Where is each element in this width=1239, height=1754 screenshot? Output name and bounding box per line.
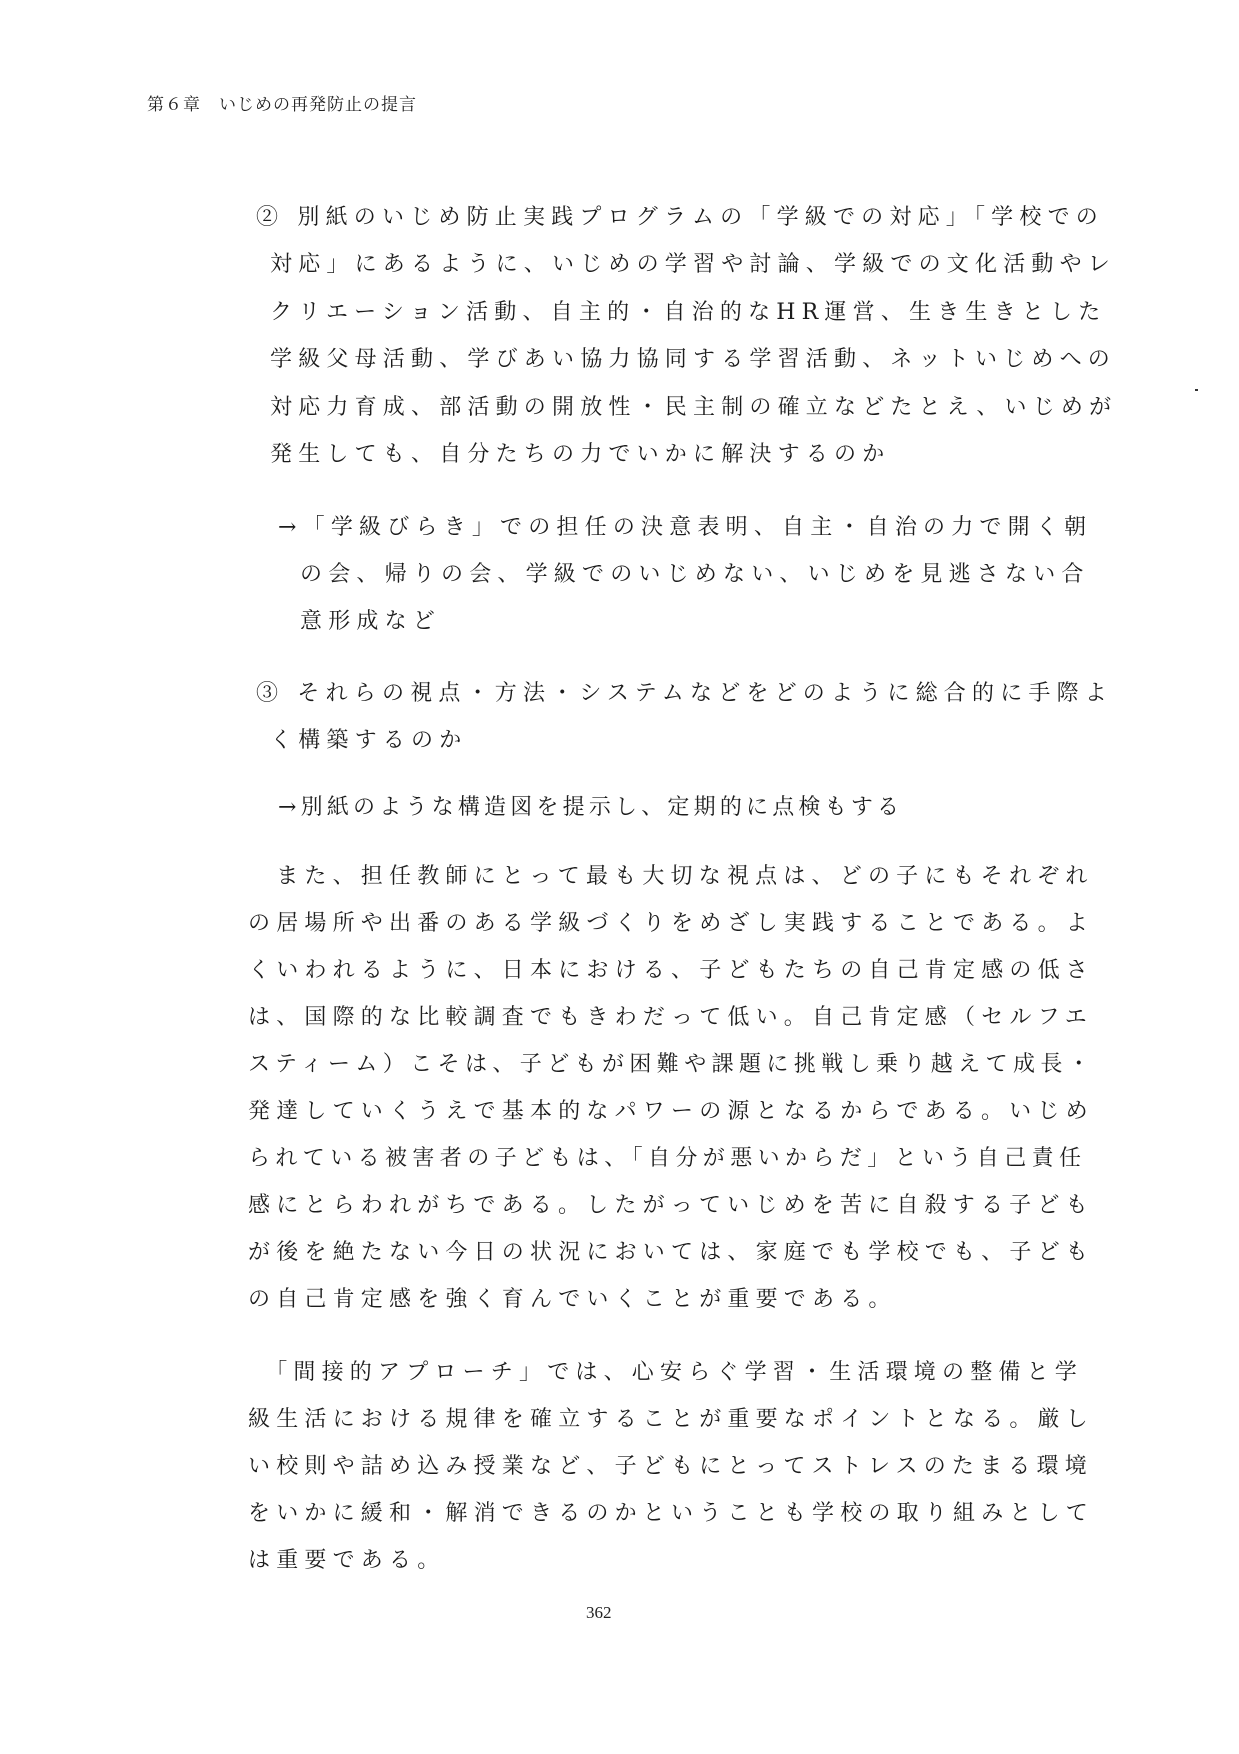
arrow-note-line: →別紙のような構造図を提示し、定期的に点検もする (278, 793, 903, 823)
paragraph-line: は、国際的な比較調査でもきわだって低い。自己肯定感（セルフエ (248, 1003, 1093, 1033)
paragraph-line: 感にとらわれがちである。したがっていじめを苦に自殺する子ども (248, 1191, 1094, 1221)
scan-artifact-dot (297, 1464, 298, 1465)
paragraph-line: また、担任教師にとって最も大切な視点は、どの子にもそれぞれ (248, 862, 1094, 892)
paragraph-line: 級生活における規律を確立することが重要なポイントとなる。厳し (248, 1405, 1094, 1435)
arrow-note-line: 意形成など (300, 607, 441, 637)
item-line: クリエーション活動、自主的・自治的なHR運営、生き生きとした (270, 298, 1106, 328)
scan-artifact-mark (1195, 389, 1198, 391)
paragraph-line: られている被害者の子どもは、「自分が悪いからだ」という自己責任 (248, 1144, 1086, 1174)
item-line: 対応力育成、部活動の開放性・民主制の確立などたとえ、いじめが (270, 393, 1117, 423)
document-page: 第６章 いじめの再発防止の提言 ② 別紙のいじめ防止実践プログラムの「学級での対… (0, 0, 1239, 1754)
paragraph-line: は重要である。 (248, 1546, 445, 1576)
paragraph-line: の自己肯定感を強く育んでいくことが重要である。 (248, 1285, 897, 1315)
paragraph-line: が後を絶たない今日の状況においては、家庭でも学校でも、子ども (248, 1238, 1094, 1268)
paragraph-line: くいわれるように、日本における、子どもたちの自己肯定感の低さ (248, 956, 1094, 986)
item-line: ③ それらの視点・方法・システムなどをどのように総合的に手際よ (256, 679, 1113, 709)
paragraph-line: 発達していくうえで基本的なパワーの源となるからである。いじめ (248, 1097, 1094, 1127)
page-number: 362 (586, 1603, 612, 1623)
arrow-note-line: →「学級びらき」での担任の決意表明、自主・自治の力で開く朝 (278, 513, 1092, 543)
item-line: ② 別紙のいじめ防止実践プログラムの「学級での対応」「学校での (256, 203, 1104, 233)
item-line: 発生しても、自分たちの力でいかに解決するのか (270, 440, 890, 470)
paragraph-line: をいかに緩和・解消できるのかということも学校の取り組みとして (248, 1499, 1094, 1529)
chapter-running-header: 第６章 いじめの再発防止の提言 (147, 90, 417, 115)
paragraph-line: の居場所や出番のある学級づくりをめざし実践することである。よ (248, 909, 1094, 939)
item-line: 学級父母活動、学びあい協力協同する学習活動、ネットいじめへの (270, 345, 1116, 375)
arrow-note-line: の会、帰りの会、学級でのいじめない、いじめを見逃さない合 (300, 560, 1090, 590)
paragraph-line: 「間接的アプローチ」では、心安らぐ学習・生活環境の整備と学 (248, 1358, 1083, 1388)
paragraph-line: スティーム）こそは、子どもが困難や課題に挑戦し乗り越えて成長・ (248, 1050, 1095, 1080)
paragraph-line: い校則や詰め込み授業など、子どもにとってストレスのたまる環境 (248, 1452, 1093, 1482)
item-line: 対応」にあるように、いじめの学習や討論、学級での文化活動やレ (270, 250, 1116, 280)
item-line: く構築するのか (270, 726, 467, 756)
